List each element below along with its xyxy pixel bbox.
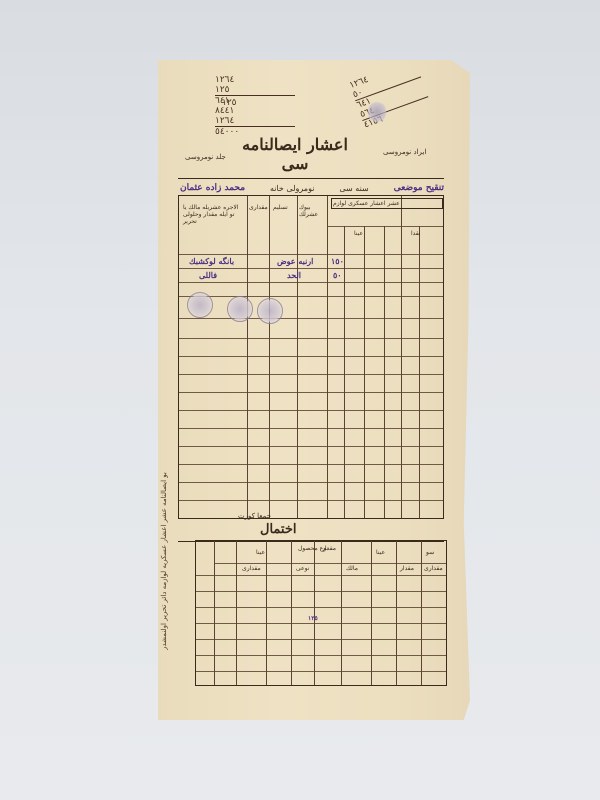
header-cell-military: عشر اعشار عسكرى لوازم: [331, 198, 443, 209]
calc-line: ١٢٥: [215, 85, 295, 96]
header-cell-description: الاجره عشريله مالك يا تو ايله مقدار وحلو…: [183, 204, 243, 225]
handwritten-header-right: تنقيح موضعى: [394, 183, 444, 193]
header-cell-in-kind: عينا: [354, 230, 363, 237]
seal-stamp: [257, 298, 283, 324]
ink-entry: بانگه لوكشبك: [189, 256, 234, 266]
ink-entry: فاللى: [199, 270, 217, 280]
sec-header-in-kind-2: عينا: [376, 549, 385, 556]
ink-note: ١٢٥: [308, 615, 318, 622]
ink-entry: الحد: [287, 270, 301, 280]
secondary-table: عينا نوع محصول مقدار عينا سو مقدارى نوعى…: [195, 540, 447, 686]
calc-line: ١٢٦٤: [215, 75, 295, 85]
stray-mark: ١٢٥: [222, 98, 237, 108]
section-band: [178, 518, 444, 542]
header-cell-quantity: مقدارى: [249, 204, 267, 211]
sec-subcell: مالك: [346, 565, 358, 572]
ink-value: ١٥٠: [331, 256, 344, 266]
ink-value: ٥٠: [333, 270, 342, 280]
header-cell-cash: نقدا: [411, 230, 421, 237]
sec-header-water: سو: [426, 549, 434, 556]
section-title: اختمال: [260, 522, 297, 537]
ink-smudge: [368, 100, 386, 124]
header-row: محمد زاده عثمان نومرولى خانه سنه سى تنقي…: [180, 180, 444, 196]
seal-stamp: [227, 296, 253, 322]
sec-subcell: نوعى: [296, 565, 309, 572]
ink-entry: ارنبه عوض: [277, 256, 313, 266]
margin-printed-text: بو ايصالنامه عشر اعشار عسكريه لوازمه دائ…: [160, 340, 174, 650]
sec-subcell: مقدار: [400, 565, 414, 572]
seal-stamp: [187, 292, 213, 318]
document-title: اعشار ايصالنامه سى: [240, 135, 350, 173]
revenue-number-label: ايراد نومروسى: [383, 148, 426, 156]
sec-subcell: مقدارى: [424, 565, 443, 572]
header-rule: [178, 178, 444, 179]
volume-number-label: جلد نومروسى: [185, 153, 226, 161]
sec-subcell: مقدارى: [242, 565, 261, 572]
sec-header-in-kind: عينا: [256, 549, 265, 556]
main-table: الاجره عشريله مالك يا تو ايله مقدار وحلو…: [178, 195, 444, 519]
house-number-label: نومرولى خانه: [270, 184, 314, 193]
handwritten-name: محمد زاده عثمان: [180, 183, 245, 193]
year-label: سنه سى: [339, 184, 368, 193]
header-cell-delivery: تسليم: [273, 204, 295, 211]
calc-line: ١٢٦٤: [215, 116, 295, 127]
header-cell-tithe: بيوك عشرلك: [299, 204, 325, 218]
sec-header-quantity: مقدار: [322, 545, 336, 552]
